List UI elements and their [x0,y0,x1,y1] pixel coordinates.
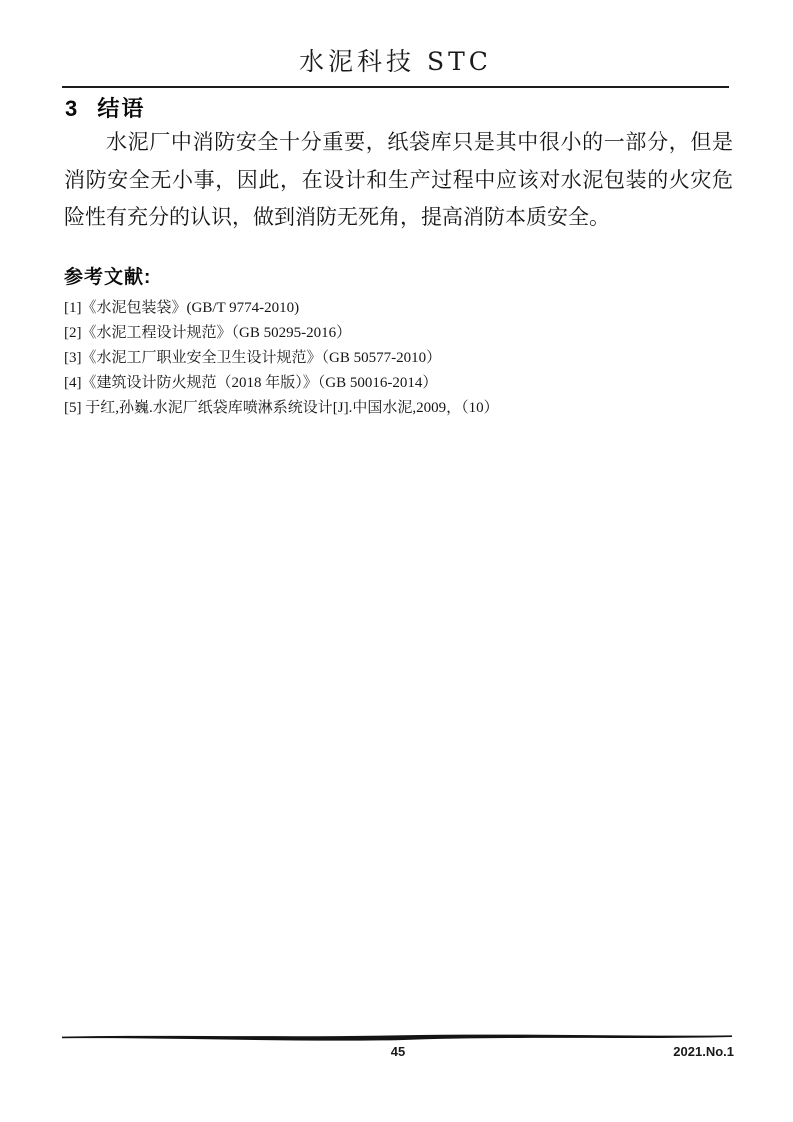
section-title: 结语 [97,92,145,123]
reference-item: [2]《水泥工程设计规范》（GB 50295-2016） [64,321,733,346]
section-heading: 3 结语 [65,92,145,123]
page-footer: 45 2021.No.1 [62,1032,734,1060]
journal-title: 水泥科技 STC [62,42,729,78]
references-list: [1]《水泥包装袋》(GB/T 9774-2010) [2]《水泥工程设计规范》… [64,296,733,421]
reference-item: [1]《水泥包装袋》(GB/T 9774-2010) [64,296,733,321]
footer-rule [62,1032,732,1043]
references-section: 参考文献: [1]《水泥包装袋》(GB/T 9774-2010) [2]《水泥工… [64,262,733,421]
section-number: 3 [65,96,77,122]
page-number: 45 [62,1044,734,1059]
issue-number: 2021.No.1 [673,1044,734,1059]
reference-item: [3]《水泥工厂职业安全卫生设计规范》（GB 50577-2010） [64,346,733,371]
footer-row: 45 2021.No.1 [62,1044,734,1060]
reference-item: [5] 于红,孙巍.水泥厂纸袋库喷淋系统设计[J].中国水泥,2009，（10） [64,396,733,421]
conclusion-paragraph: 水泥厂中消防安全十分重要，纸袋库只是其中很小的一部分，但是消防安全无小事，因此，… [64,124,733,237]
document-page: 水泥科技 STC 3 结语 水泥厂中消防安全十分重要，纸袋库只是其中很小的一部分… [0,0,793,1122]
reference-item: [4]《建筑设计防火规范（2018 年版）》（GB 50016-2014） [64,371,733,396]
header-rule [62,86,729,88]
references-heading: 参考文献: [64,262,733,289]
